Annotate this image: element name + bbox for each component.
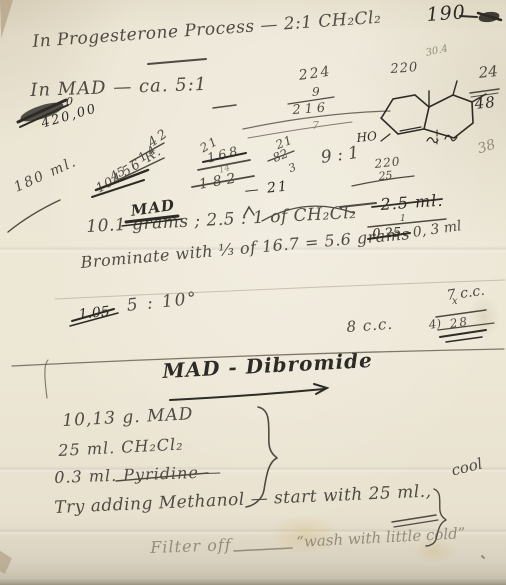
num-220: 220 <box>390 61 419 76</box>
column-9: 9 <box>312 86 320 98</box>
edge-tear <box>0 548 12 574</box>
frac-25: 25 <box>378 170 393 182</box>
division-dividend: 28 <box>449 315 470 330</box>
ingredient-pyridine: 0.3 ml. Pyridine — <box>54 464 222 486</box>
ratio-9-1: 9 : 1 <box>320 145 360 167</box>
mad-ratio-line: In MAD — ca. 5:1 <box>30 76 207 100</box>
section-title: MAD - Dibromide <box>162 350 373 381</box>
calc-stack-c-3: 3 <box>287 161 298 174</box>
volume-180: 180 ml. <box>12 155 79 195</box>
margin-24: 24 <box>478 64 499 81</box>
calc-stack-b-minus: — 21 <box>244 179 289 198</box>
column-216: 216 <box>292 101 330 117</box>
cool-note: cool <box>450 456 484 478</box>
ingredient-dcm: 25 ml. CH₂Cl₂ <box>58 436 184 459</box>
paper-stain <box>468 295 500 339</box>
torn-bottom-edge <box>0 572 506 585</box>
filter-line: Filter off <box>150 537 232 556</box>
small-one: 1 <box>400 215 406 224</box>
crossed-105: 1.05 <box>78 305 110 322</box>
margin-38: 38 <box>476 137 497 156</box>
notebook-page: 190 In Progesterone Process — 2:1 CH₂Cl₂… <box>0 0 506 585</box>
superscript-zero: 0 <box>66 96 73 107</box>
ingredient-mad: 10,13 g. MAD <box>62 406 194 430</box>
steroid-structure-sketch <box>381 81 486 145</box>
division-divisor: 4) <box>428 317 442 331</box>
hydroxyl-label: HO <box>356 130 377 144</box>
num-304: 30.4 <box>425 44 449 58</box>
corner-tear <box>0 0 13 38</box>
methanol-line: Try adding Methanol — start with 25 ml., <box>54 484 432 517</box>
frac-220: 220 <box>374 155 401 170</box>
calc-stack-b-result: 182 <box>198 171 242 192</box>
page-number: 190 <box>426 3 466 25</box>
column-224: 224 <box>298 64 332 82</box>
calc-stack-a-crossed2: 104 <box>94 171 125 196</box>
division-check: x <box>452 297 458 307</box>
value-03ml: 0, 3 ml <box>412 219 462 240</box>
margin-48: 48 <box>474 95 497 112</box>
rule-lines <box>12 280 505 398</box>
column-7: 7 <box>312 120 319 131</box>
ml-25-crossed: 2.5 ml. <box>380 193 444 213</box>
progesterone-line: In Progesterone Process — 2:1 CH₂Cl₂ <box>32 10 382 51</box>
cc-8: 8 c.c. <box>346 317 394 335</box>
ratio-510: 5 : 10° <box>126 291 199 315</box>
